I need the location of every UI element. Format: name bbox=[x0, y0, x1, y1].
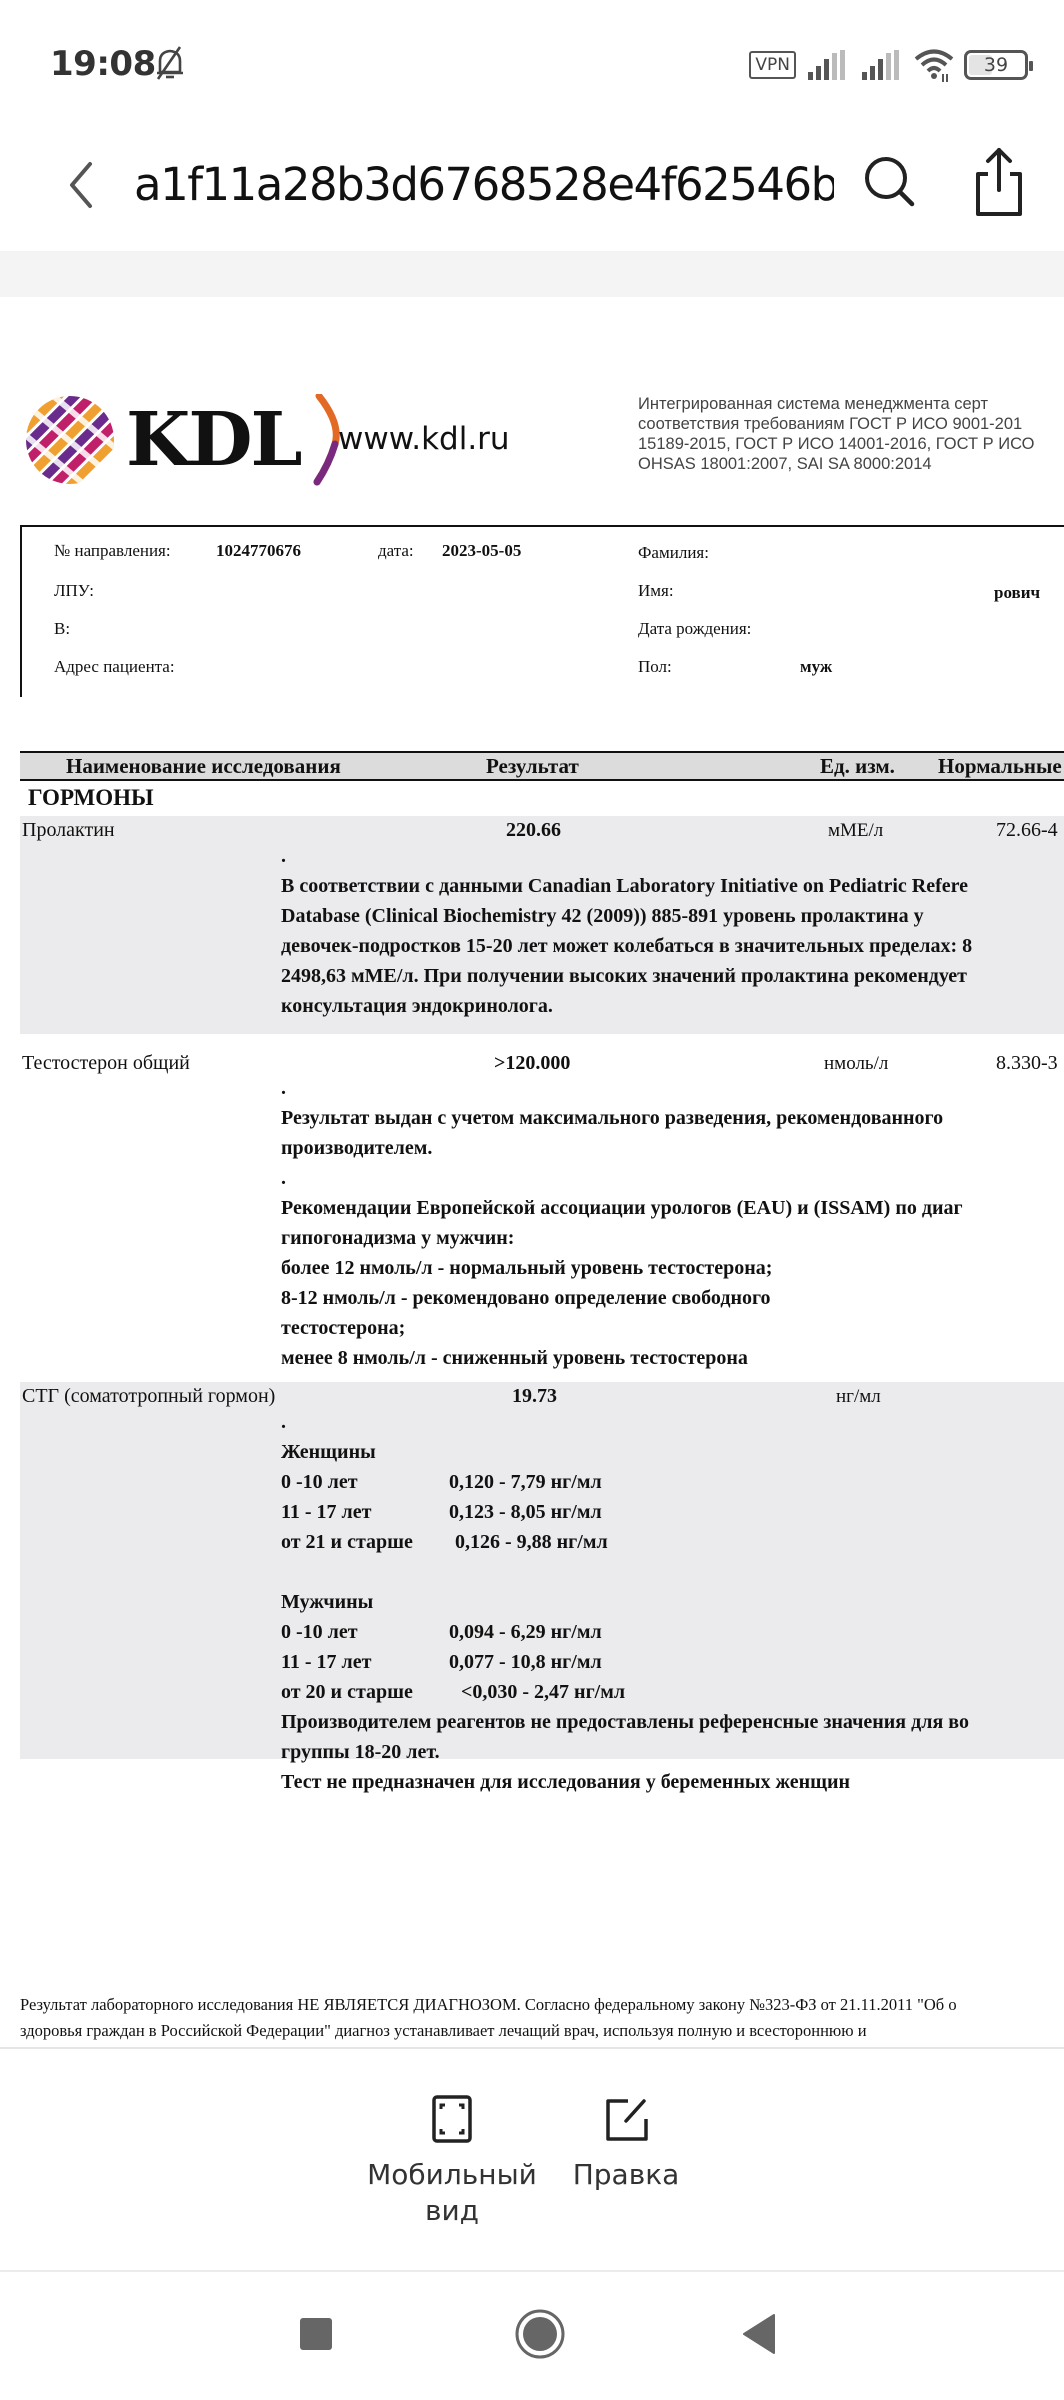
reference-range-row: 0 -10 лет0,094 - 6,29 нг/мл bbox=[281, 1617, 1064, 1647]
file-title: a1f11a28b3d6768528e4f62546b... bbox=[134, 152, 834, 218]
section-title-hormones: ГОРМОНЫ bbox=[28, 785, 154, 811]
system-nav-bar bbox=[0, 2272, 1064, 2400]
kdl-logo: KDL bbox=[22, 395, 347, 485]
reference-range-row: 11 - 17 лет0,123 - 8,05 нг/мл bbox=[281, 1497, 1064, 1527]
circle-home-icon bbox=[514, 2308, 566, 2360]
mobile-view-icon bbox=[430, 2095, 474, 2143]
test-norm-testosterone: 8.330-3 bbox=[996, 1052, 1058, 1075]
test-unit-prolactin: мМЕ/л bbox=[828, 820, 883, 842]
logo-text: KDL bbox=[126, 397, 301, 483]
column-normal: Нормальные bbox=[938, 754, 1062, 779]
square-recents-icon bbox=[299, 2317, 333, 2351]
recents-button[interactable] bbox=[286, 2304, 346, 2364]
page-gap bbox=[0, 251, 1064, 297]
referral-number: 1024770676 bbox=[216, 541, 301, 561]
home-button[interactable] bbox=[510, 2304, 570, 2364]
column-unit: Ед. изм. bbox=[820, 754, 895, 779]
birthdate-label: Дата рождения: bbox=[638, 619, 751, 639]
signal-icon bbox=[806, 50, 850, 80]
edit-button[interactable]: Правка bbox=[526, 2095, 726, 2193]
column-test-name: Наименование исследования bbox=[66, 754, 341, 779]
test-unit-testosterone: нмоль/л bbox=[824, 1053, 888, 1075]
wifi-icon bbox=[914, 48, 954, 82]
column-result: Результат bbox=[486, 754, 579, 779]
battery-percent: 39 bbox=[984, 54, 1008, 76]
kdl-website: www.kdl.ru bbox=[338, 421, 510, 457]
back-nav-button[interactable] bbox=[730, 2304, 790, 2364]
reference-range-row: от 21 и старше0,126 - 9,88 нг/мл bbox=[281, 1527, 1064, 1557]
bottom-toolbar: Мобильный вид Правка bbox=[0, 2049, 1064, 2269]
share-icon bbox=[966, 144, 1032, 220]
patient-info-box: № направления: 1024770676 дата: 2023-05-… bbox=[20, 525, 1064, 697]
test-unit-sth: нг/мл bbox=[836, 1386, 881, 1408]
status-time: 19:08 bbox=[50, 44, 156, 84]
mobile-view-label: Мобильный вид bbox=[352, 2157, 552, 2229]
lpu-label: ЛПУ: bbox=[54, 581, 94, 601]
surname-label: Фамилия: bbox=[638, 543, 709, 563]
disclaimer-text: Результат лабораторного исследования НЕ … bbox=[20, 1992, 1064, 2044]
mobile-view-button[interactable]: Мобильный вид bbox=[352, 2095, 552, 2229]
date-label: дата: bbox=[378, 541, 414, 561]
test-name-sth: СТГ (соматотропный гормон) bbox=[22, 1385, 275, 1408]
comment-testosterone: . Результат выдан с учетом максимального… bbox=[281, 1073, 1064, 1373]
battery-icon: 39 bbox=[964, 50, 1028, 80]
test-name-testosterone: Тестостерон общий bbox=[22, 1052, 190, 1075]
status-bar: 19:08 VPN 39 bbox=[0, 0, 1064, 130]
certification-text: Интегрированная система менеджмента серт… bbox=[638, 394, 1064, 474]
search-icon bbox=[858, 150, 924, 216]
referral-date: 2023-05-05 bbox=[442, 541, 521, 561]
app-bar: a1f11a28b3d6768528e4f62546b... bbox=[0, 130, 1064, 250]
address-label: Адрес пациента: bbox=[54, 657, 175, 677]
v-label: В: bbox=[54, 619, 70, 639]
sex-value: муж bbox=[800, 657, 832, 677]
test-result-testosterone: >120.000 bbox=[494, 1052, 570, 1075]
search-button[interactable] bbox=[858, 150, 924, 216]
referral-label: № направления: bbox=[54, 541, 171, 561]
results-table-header: Наименование исследования Результат Ед. … bbox=[20, 751, 1064, 781]
test-result-prolactin: 220.66 bbox=[506, 819, 561, 842]
sex-label: Пол: bbox=[638, 657, 672, 677]
vpn-icon: VPN bbox=[749, 51, 796, 79]
bell-muted-icon bbox=[152, 44, 188, 82]
test-norm-prolactin: 72.66-4 bbox=[996, 819, 1058, 842]
test-name-prolactin: Пролактин bbox=[22, 819, 115, 842]
name-label: Имя: bbox=[638, 581, 674, 601]
kdl-globe-icon bbox=[22, 392, 118, 488]
triangle-back-icon bbox=[742, 2313, 778, 2355]
edit-label: Правка bbox=[573, 2157, 680, 2193]
chevron-left-icon bbox=[66, 160, 96, 210]
reference-range-row: 0 -10 лет0,120 - 7,79 нг/мл bbox=[281, 1467, 1064, 1497]
reference-range-row: от 20 и старше<0,030 - 2,47 нг/мл bbox=[281, 1677, 1064, 1707]
share-button[interactable] bbox=[966, 144, 1032, 220]
pdf-document-page[interactable]: KDL www.kdl.ru Интегрированная система м… bbox=[0, 297, 1064, 2047]
test-result-sth: 19.73 bbox=[512, 1385, 557, 1408]
edit-icon bbox=[604, 2095, 648, 2143]
comment-sth: . Женщины 0 -10 лет0,120 - 7,79 нг/мл 11… bbox=[281, 1407, 1064, 1797]
signal-icon bbox=[860, 50, 904, 80]
comment-prolactin: . В соответствии с данными Canadian Labo… bbox=[281, 841, 1064, 1021]
reference-range-row: 11 - 17 лет0,077 - 10,8 нг/мл bbox=[281, 1647, 1064, 1677]
back-button[interactable] bbox=[56, 152, 106, 218]
patronymic-partial: рович bbox=[994, 583, 1040, 603]
